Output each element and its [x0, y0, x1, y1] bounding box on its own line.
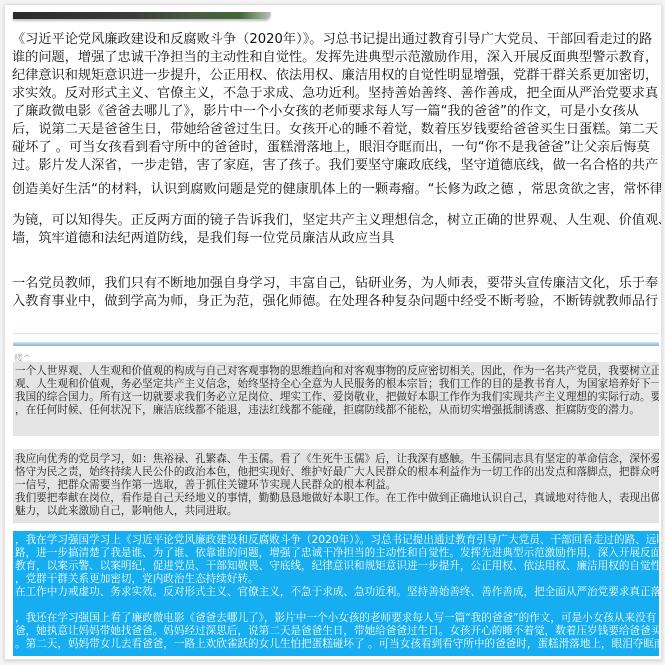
text-line: ，我还在学习强国上看了廉政微电影《爸爸去哪儿了》，影片中一个小女孩的老师要求每人… [13, 612, 659, 625]
article-paragraph-1: 《习近平论党风廉政建设和反腐败斗争（2020年）》。习总书记提出通过教育引导广大… [12, 31, 662, 175]
article-paragraph-4: 一名党员教师，我们只有不断地加强自身学习，丰富自己，钻研业务，为人师表，要带头宣… [12, 275, 662, 311]
text-line: 过。影片发人深省，一步走错，害了家庭，害了孩子。我们要坚守廉政底线，坚守道德底线… [12, 157, 662, 175]
text-line: 我们要把奉献在岗位，看作是自己天经地义的事情，勤勤恳恳地做好本职工作。在工作中做… [13, 492, 659, 505]
text-line: 。第二天，妈妈带女儿去看爸爸，一路上欢欣雀跃的女儿生怕把蛋糕碰坏了 。可当女孩看… [13, 638, 659, 651]
text-line: 我国的综合国力。所有这一切就要求我们务必立足岗位、埋实工作、爱岗敬业，把做好本职… [13, 391, 659, 404]
text-line: 后，说第二天是爸爸生日，带她给爸爸过生日。女孩开心的睡不着觉，数着压岁钱要给爸爸… [12, 121, 662, 139]
text-line: ，我在学习强国学习上《习近平论党风廉政建设和反腐败斗争（2020年）》。习总书记… [13, 534, 659, 547]
article-paragraph-3: 为镜，可以知得失。正反两方面的镜子告诉我们，坚定共产主义理想信念，树立正确的世界… [12, 212, 662, 248]
spacer [13, 599, 659, 612]
text-line: 入教育事业中，做到学高为师，身正为范，强化师德。在处理各种复杂问题中经受不断考验… [12, 293, 662, 311]
comment-block-gray-1: 一个人世界观、人生观和价值观的构成与自己对客观事物的思维趋向和对客观事物的反应密… [13, 362, 659, 436]
text-line: 《习近平论党风廉政建设和反腐败斗争（2020年）》。习总书记提出通过教育引导广大… [12, 31, 662, 49]
text-line: 爸，她执意让妈妈带她找爸爸。妈妈经过深思后，说第二天是爸爸生日，带她给爸爸过生日… [13, 625, 659, 638]
text-line: 创造美好生活“的材料，认识到腐败问题是党的健康肌体上的一颗毒瘤。“长修为政之德 … [12, 181, 662, 199]
comment-block-gray-2: 我应向优秀的党员学习，如：焦裕禄、孔繁森、牛玉儒。看了《生死牛玉儒》后，让我深有… [13, 449, 659, 523]
comment-block-blue: ，我在学习强国学习上《习近平论党风廉政建设和反腐败斗争（2020年）》。习总书记… [13, 531, 659, 656]
document-page: 《习近平论党风廉政建设和反腐败斗争（2020年）》。习总书记提出通过教育引导广大… [4, 4, 662, 660]
text-line: 一信号，把群众需要当作第一选取，善于抓住关键环节实现人民群众的根本利益。 [13, 479, 659, 492]
text-line: 墙，筑牢道德和法纪两道防线，是我们每一位党员廉洁从政应当具 [12, 230, 662, 248]
text-line: ，党群干群关系更加密切，党内政治生态持续好转。 [13, 573, 659, 586]
text-line: 路，进一步搞清楚了我是谁、为了谁、依靠谁的问题，增强了忠诚干净担当的主动性和自觉… [13, 547, 659, 560]
text-line: 观、人生观和价值观，务必坚定共产主义信念，始终坚持全心全意为人民服务的根本宗旨；… [13, 378, 659, 391]
text-line: 一名党员教师，我们只有不断地加强自身学习，丰富自己，钻研业务，为人师表，要带头宣… [12, 275, 662, 293]
text-line: 恪守为民之责，始终持续人民公仆的政治本色，他把实现好、维护好最广大人民群众的根本… [13, 466, 659, 479]
text-line: 在工作中力戒虚功、务求实效。反对形式主义、官僚主义，不急于求成、急功近利。坚持善… [13, 586, 659, 599]
text-line: 谁的问题，增强了忠诚干净担当的主动性和自觉性。发挥先进典型示范激励作用，深入开展… [12, 49, 662, 67]
section-divider [13, 342, 659, 346]
text-line: 一个人世界观、人生观和价值观的构成与自己对客观事物的思维趋向和对客观事物的反应密… [13, 365, 659, 378]
text-line: 了廉政微电影《爸爸去哪儿了》，影片中一个小女孩的老师要求每人写一篇“我的爸爸”的… [12, 103, 662, 121]
text-line: 纪律意识和规矩意识进一步提升，公正用权、依法用权、廉洁用权的自觉性明显增强，党群… [12, 67, 662, 85]
article-paragraph-2: 创造美好生活“的材料，认识到腐败问题是党的健康肌体上的一颗毒瘤。“长修为政之德 … [12, 181, 662, 199]
text-line: 为镜，可以知得失。正反两方面的镜子告诉我们，坚定共产主义理想信念，树立正确的世界… [12, 212, 662, 230]
text-line: 教育，以案示警、以案明纪，促进党员、干部知敬畏、守底线，纪律意识和规矩意识进一步… [13, 560, 659, 573]
divider [13, 333, 659, 334]
text-line: 我应向优秀的党员学习，如：焦裕禄、孔繁森、牛玉儒。看了《生死牛玉儒》后，让我深有… [13, 453, 659, 466]
text-line: 求实效。反对形式主义、官僚主义，不急于求成、急功近利。坚持善始善终、善作善成，把… [12, 85, 662, 103]
text-line: 魅力，以此来激励自己，影响他人，共同进取。 [13, 505, 659, 518]
header-image [13, 12, 271, 19]
text-line: 碰坏了 。可当女孩看到看守所中的爸爸时，蛋糕滑落地上，眼泪夺眶而出，一句“你不是… [12, 139, 662, 157]
text-line: ，在任何时候、任何状况下，廉洁底线都不能退，违法红线都不能碰，拒腐防线都不能松，… [13, 404, 659, 417]
